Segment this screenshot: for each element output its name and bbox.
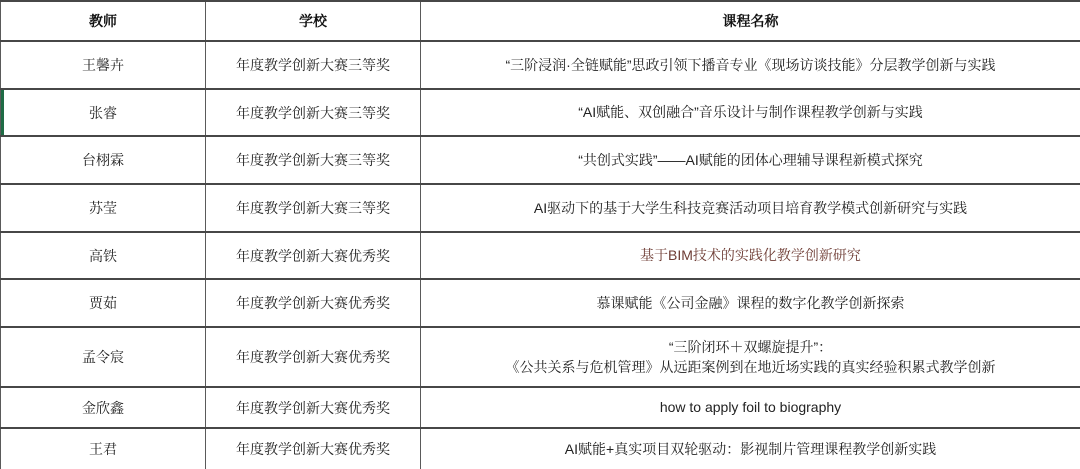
- awards-table: 教师 学校 课程名称 王馨卉 年度教学创新大赛三等奖 “三阶浸润·全链赋能”思政…: [0, 0, 1080, 469]
- course-cell[interactable]: “共创式实践”——AI赋能的团体心理辅导课程新模式探究: [421, 136, 1080, 184]
- selection-marker: [1, 89, 4, 136]
- course-cell[interactable]: “三阶浸润·全链赋能”思政引领下播音专业《现场访谈技能》分层教学创新与实践: [421, 41, 1080, 89]
- teacher-cell[interactable]: 孟令宸: [1, 327, 206, 387]
- course-cell[interactable]: “AI赋能、双创融合”音乐设计与制作课程教学创新与实践: [421, 89, 1080, 136]
- column-header-course: 课程名称: [421, 1, 1080, 41]
- school-cell[interactable]: 年度教学创新大赛优秀奖: [206, 327, 421, 387]
- school-cell[interactable]: 年度教学创新大赛优秀奖: [206, 232, 421, 279]
- table-row: 孟令宸 年度教学创新大赛优秀奖 “三阶闭环＋双螺旋提升”： 《公共关系与危机管理…: [1, 327, 1080, 387]
- document-page: 教师 学校 课程名称 王馨卉 年度教学创新大赛三等奖 “三阶浸润·全链赋能”思政…: [0, 0, 1080, 469]
- course-cell[interactable]: “三阶闭环＋双螺旋提升”： 《公共关系与危机管理》从远距案例到在地近场实践的真实…: [421, 327, 1080, 387]
- course-cell[interactable]: how to apply foil to biography: [421, 387, 1080, 428]
- column-header-teacher: 教师: [1, 1, 206, 41]
- course-cell[interactable]: AI赋能+真实项目双轮驱动：影视制片管理课程教学创新实践: [421, 428, 1080, 469]
- table-row: 王馨卉 年度教学创新大赛三等奖 “三阶浸润·全链赋能”思政引领下播音专业《现场访…: [1, 41, 1080, 89]
- table-row: 张睿 年度教学创新大赛三等奖 “AI赋能、双创融合”音乐设计与制作课程教学创新与…: [1, 89, 1080, 136]
- table-row: 苏莹 年度教学创新大赛三等奖 AI驱动下的基于大学生科技竞赛活动项目培育教学模式…: [1, 184, 1080, 232]
- school-cell[interactable]: 年度教学创新大赛三等奖: [206, 184, 421, 232]
- school-cell[interactable]: 年度教学创新大赛三等奖: [206, 89, 421, 136]
- table-row: 贾茹 年度教学创新大赛优秀奖 慕课赋能《公司金融》课程的数字化教学创新探索: [1, 279, 1080, 327]
- teacher-cell[interactable]: 贾茹: [1, 279, 206, 327]
- course-cell[interactable]: 慕课赋能《公司金融》课程的数字化教学创新探索: [421, 279, 1080, 327]
- teacher-name: 张睿: [89, 105, 117, 121]
- course-cell[interactable]: 基于BIM技术的实践化教学创新研究: [421, 232, 1080, 279]
- teacher-cell[interactable]: 台栩霖: [1, 136, 206, 184]
- school-cell[interactable]: 年度教学创新大赛优秀奖: [206, 387, 421, 428]
- teacher-cell[interactable]: 张睿: [1, 89, 206, 136]
- school-cell[interactable]: 年度教学创新大赛三等奖: [206, 136, 421, 184]
- table-row: 台栩霖 年度教学创新大赛三等奖 “共创式实践”——AI赋能的团体心理辅导课程新模…: [1, 136, 1080, 184]
- header-row: 教师 学校 课程名称: [1, 1, 1080, 41]
- teacher-cell[interactable]: 高铁: [1, 232, 206, 279]
- school-cell[interactable]: 年度教学创新大赛优秀奖: [206, 279, 421, 327]
- column-header-school: 学校: [206, 1, 421, 41]
- table-row: 金欣鑫 年度教学创新大赛优秀奖 how to apply foil to bio…: [1, 387, 1080, 428]
- teacher-cell[interactable]: 王馨卉: [1, 41, 206, 89]
- school-cell[interactable]: 年度教学创新大赛三等奖: [206, 41, 421, 89]
- school-cell[interactable]: 年度教学创新大赛优秀奖: [206, 428, 421, 469]
- teacher-cell[interactable]: 金欣鑫: [1, 387, 206, 428]
- teacher-cell[interactable]: 王君: [1, 428, 206, 469]
- course-cell[interactable]: AI驱动下的基于大学生科技竞赛活动项目培育教学模式创新研究与实践: [421, 184, 1080, 232]
- teacher-cell[interactable]: 苏莹: [1, 184, 206, 232]
- table-row: 高铁 年度教学创新大赛优秀奖 基于BIM技术的实践化教学创新研究: [1, 232, 1080, 279]
- table-row: 王君 年度教学创新大赛优秀奖 AI赋能+真实项目双轮驱动：影视制片管理课程教学创…: [1, 428, 1080, 469]
